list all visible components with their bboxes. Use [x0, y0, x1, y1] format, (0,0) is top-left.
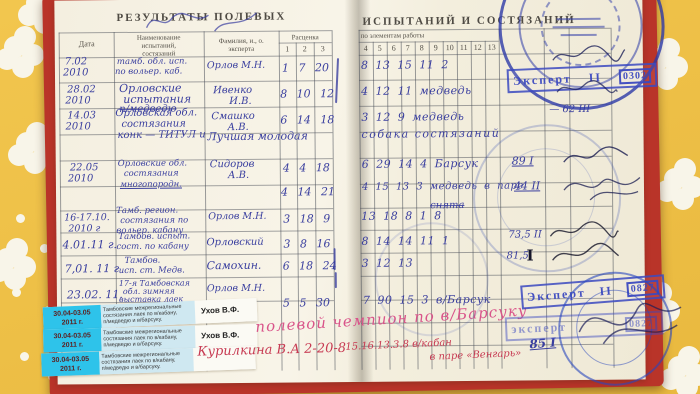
- entry-note-struck: снята: [430, 200, 464, 211]
- entry-date: 23.02. 11.: [67, 288, 123, 301]
- entry-scores: 6 14 18: [280, 113, 334, 126]
- entry-expert: И.В.: [229, 96, 252, 107]
- signature: [555, 78, 619, 99]
- entry-element-scores: 3 12 9 медведь: [361, 110, 464, 124]
- element-col-7: 7: [401, 43, 415, 52]
- grid-line: [59, 55, 332, 58]
- entry-scores: 3 8 16: [283, 237, 330, 250]
- entry-expert: Самохин.: [207, 259, 262, 272]
- score-col-3: 3: [314, 44, 332, 53]
- entry-scores: 5 5 30: [283, 296, 330, 309]
- grid-line: [60, 208, 333, 211]
- sticker-description: Тамбовские межрегиональные состязания ла…: [101, 301, 196, 328]
- entry-expert: Сидоров: [210, 159, 255, 170]
- element-col-10: 10: [443, 43, 457, 52]
- sticker-description: Тамбовские межрегиональные состязания ла…: [101, 326, 196, 351]
- flower-decoration: [668, 356, 690, 378]
- sticker-date: 30.04-03.05 2011 г.: [43, 328, 102, 353]
- polka-dot: [12, 288, 21, 297]
- annotation-kurilkina: Курилкина В.А 2-20-8: [197, 341, 346, 360]
- flower-decoration: [664, 168, 686, 190]
- entry-scores: 8 10 12: [280, 87, 334, 100]
- flower-decoration: [16, 132, 38, 154]
- grid-line: [59, 80, 332, 83]
- entry-event: состязания: [124, 168, 179, 178]
- sticker-date-line2: 2011 г.: [43, 340, 101, 351]
- entry-event: многопородн.: [120, 179, 182, 190]
- col-header-elements: по элементам работы: [361, 31, 425, 40]
- element-col-12: 12: [471, 43, 485, 52]
- signature: [549, 44, 627, 67]
- faint-round-stamp: [374, 222, 489, 337]
- entry-date: 28.02: [67, 84, 96, 95]
- entry-scores: 3 18 9: [283, 212, 330, 225]
- entry-title-note: конк — ТИТУЛ и: [117, 129, 205, 141]
- col-header-expert-2: эксперта: [206, 45, 277, 54]
- element-col-9: 9: [429, 43, 443, 52]
- entry-expert: Орловский: [206, 237, 263, 248]
- col-header-date: Дата: [61, 40, 113, 48]
- entry-expert: А.В.: [228, 170, 249, 181]
- entry-event: Орловская обл.: [115, 107, 197, 119]
- annotation-pair: в паре «Венгарь»: [429, 348, 521, 363]
- element-col-11: 11: [457, 43, 471, 52]
- entry-scores: 4 4 18: [283, 161, 330, 174]
- score-col-1: 1: [279, 44, 296, 53]
- signature: [548, 242, 620, 267]
- grid-line: [61, 253, 334, 256]
- entry-event: Орловские обл.: [118, 158, 187, 169]
- entry-expert: Смашко: [211, 111, 254, 122]
- sticker-date: 30.04-03.05 2011 г.: [41, 351, 100, 376]
- entry-date: 2010: [63, 67, 89, 78]
- entry-expert: Ивенко: [213, 85, 252, 96]
- col-header-score: Расценка: [280, 33, 331, 41]
- round-stamp-text-bar: [561, 34, 597, 36]
- signature: [548, 220, 620, 243]
- element-col-8: 8: [415, 43, 429, 52]
- element-col-4: 4: [359, 44, 373, 53]
- entry-scores: 6 18 24: [283, 259, 337, 272]
- entry-event: сост. по кабану: [116, 241, 188, 252]
- element-col-5: 5: [373, 44, 387, 53]
- entry-title-note: собака состязаний: [361, 127, 500, 141]
- polka-dot: [16, 214, 25, 223]
- entry-date: 2010 г: [68, 223, 100, 234]
- sticker-date-line2: 2011 г.: [42, 363, 100, 374]
- entry-event: состязания по: [120, 215, 188, 226]
- entry-event: Тамбов.: [125, 256, 161, 266]
- entry-event: исп. ст. Медв.: [119, 265, 185, 276]
- entry-scores: 1 7 20: [282, 61, 329, 74]
- element-col-6: 6: [387, 44, 401, 53]
- entry-element-scores: 4 12 11 медведь: [361, 84, 472, 98]
- entry-event: Тамбов. испыт.: [118, 231, 190, 242]
- book-pages: РЕЗУЛЬТАТЫ ПОЛЕВЫХ ИСПЫТАНИЙ И СОСТЯЗАНИ…: [54, 0, 645, 385]
- grid-line: [61, 276, 334, 279]
- entry-date: 14.03: [67, 110, 96, 121]
- entry-date: 7.02: [65, 56, 87, 67]
- entry-element-scores: 8 13 15 11 2: [361, 58, 449, 72]
- ink-mark: [334, 248, 336, 270]
- entry-event: по вольер. каб.: [115, 66, 182, 77]
- round-stamp-text-bar: [557, 18, 601, 20]
- entry-expert: Орлов М.Н.: [207, 60, 265, 72]
- ink-scribble: [144, 7, 264, 36]
- ink-mark: [335, 272, 337, 288]
- entry-event: тамб. обл. исп.: [117, 56, 187, 67]
- sticker-description: Тамбовские межрегиональные состязания ла…: [99, 348, 194, 374]
- entry-date: 2010: [65, 121, 91, 132]
- entry-scores: 4 14 21: [281, 185, 335, 198]
- entry-expert: Орлов М.Н.: [207, 283, 265, 295]
- entry-date: 16-17.10.: [64, 212, 110, 223]
- entry-date: 7,01. 11 г: [65, 262, 120, 275]
- sticker-expert: Ухов В.Ф.: [195, 298, 258, 324]
- element-col-13: 13: [485, 43, 499, 52]
- flower-decoration: [0, 248, 18, 270]
- flower-decoration: [4, 36, 26, 58]
- entry-expert: Орлов М.Н.: [208, 211, 266, 223]
- signature-flourish: [573, 287, 686, 354]
- ink-mark: [335, 58, 339, 103]
- signature: [560, 169, 644, 202]
- entry-event: состязания: [121, 118, 185, 130]
- sticker-desc-line3: п/медведю и в/барсуку.: [103, 340, 197, 348]
- entry-date: 22.05: [70, 162, 99, 173]
- entry-element-scores: 6 29 14 4 Барсук: [362, 157, 479, 171]
- polka-dot: [20, 352, 29, 361]
- signature: [560, 144, 632, 169]
- entry-date: 2010: [68, 173, 94, 184]
- entry-title-note: Лучшая молодая: [207, 129, 307, 143]
- sticker-date-line2: 2011 г.: [43, 317, 101, 329]
- photo-open-record-book: РЕЗУЛЬТАТЫ ПОЛЕВЫХ ИСПЫТАНИЙ И СОСТЯЗАНИ…: [0, 0, 700, 394]
- entry-date: 2010: [65, 95, 91, 106]
- score-col-2: 2: [296, 44, 314, 53]
- sticker-date: 30.04-03.05 2011 г.: [43, 305, 102, 331]
- entry-date: 4.01.11 г.: [62, 238, 117, 251]
- expert-stamp-code: 0302: [619, 67, 652, 83]
- entry-event: Тамб. регион.: [116, 206, 178, 217]
- grid-line: [60, 230, 333, 233]
